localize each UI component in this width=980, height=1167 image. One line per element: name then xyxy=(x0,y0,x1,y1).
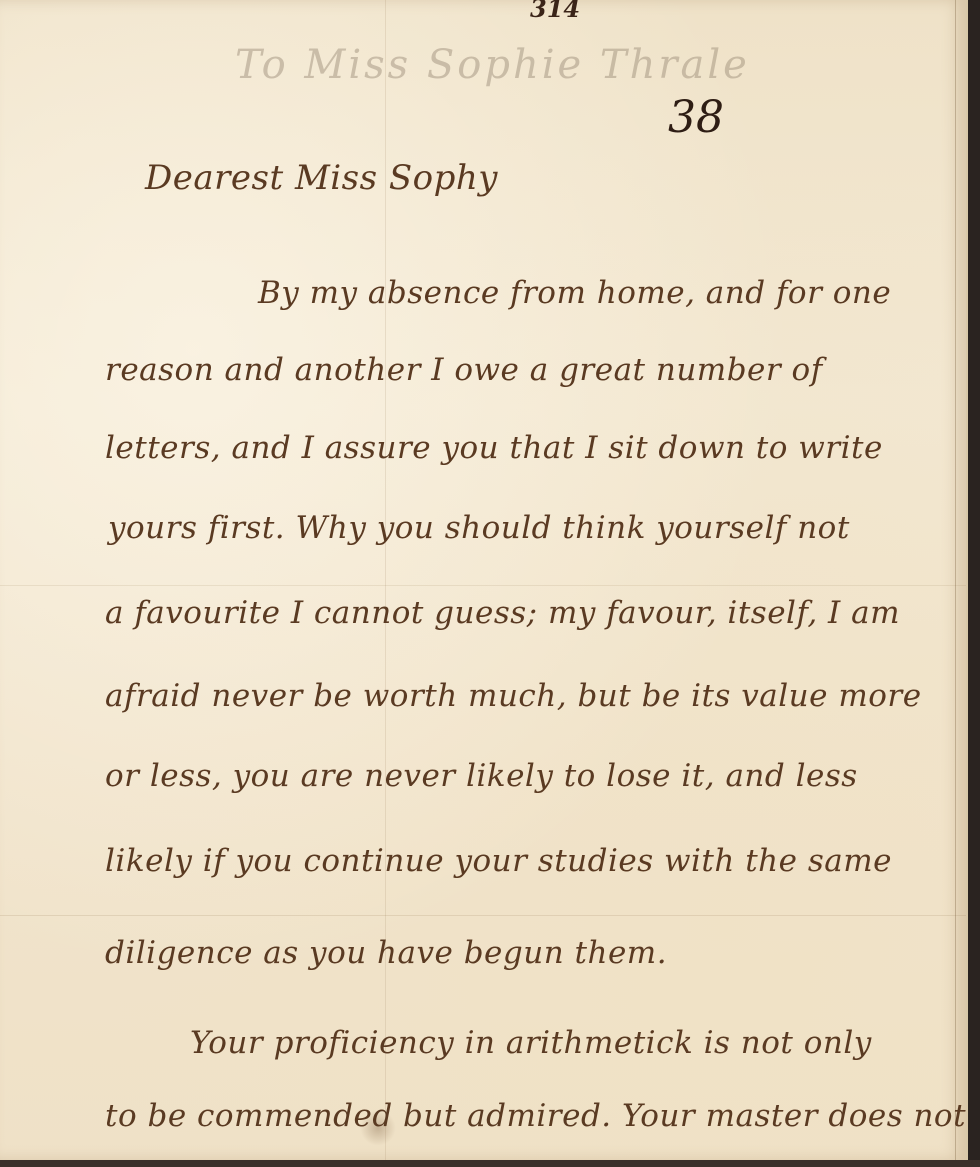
horizontal-fold-crease xyxy=(0,585,966,586)
letter-line: diligence as you have begun them. xyxy=(105,935,667,971)
letter-line: Your proficiency in arithmetick is not o… xyxy=(190,1025,872,1061)
archive-number: 314 xyxy=(530,0,580,23)
horizontal-fold-crease xyxy=(0,915,966,916)
letter-line: a favourite I cannot guess; my favour, i… xyxy=(105,595,900,631)
photo-bottom-edge xyxy=(0,1160,980,1167)
letter-line: By my absence from home, and for one xyxy=(258,275,891,311)
letter-line: yours first. Why you should think yourse… xyxy=(108,510,850,546)
salutation: Dearest Miss Sophy xyxy=(145,158,498,198)
letter-line: or less, you are never likely to lose it… xyxy=(105,758,858,794)
pencil-address: To Miss Sophie Thrale xyxy=(235,42,750,88)
paper-edge xyxy=(955,0,956,1160)
letter-line: reason and another I owe a great number … xyxy=(105,352,823,388)
folio-number: 38 xyxy=(668,92,724,143)
letter-line: letters, and I assure you that I sit dow… xyxy=(105,430,883,466)
letter-page: 314 To Miss Sophie Thrale 38 Dearest Mis… xyxy=(0,0,968,1160)
letter-line: to be commended but admired. Your master… xyxy=(105,1098,966,1134)
letter-line: likely if you continue your studies with… xyxy=(105,843,892,879)
letter-line: afraid never be worth much, but be its v… xyxy=(105,678,922,714)
